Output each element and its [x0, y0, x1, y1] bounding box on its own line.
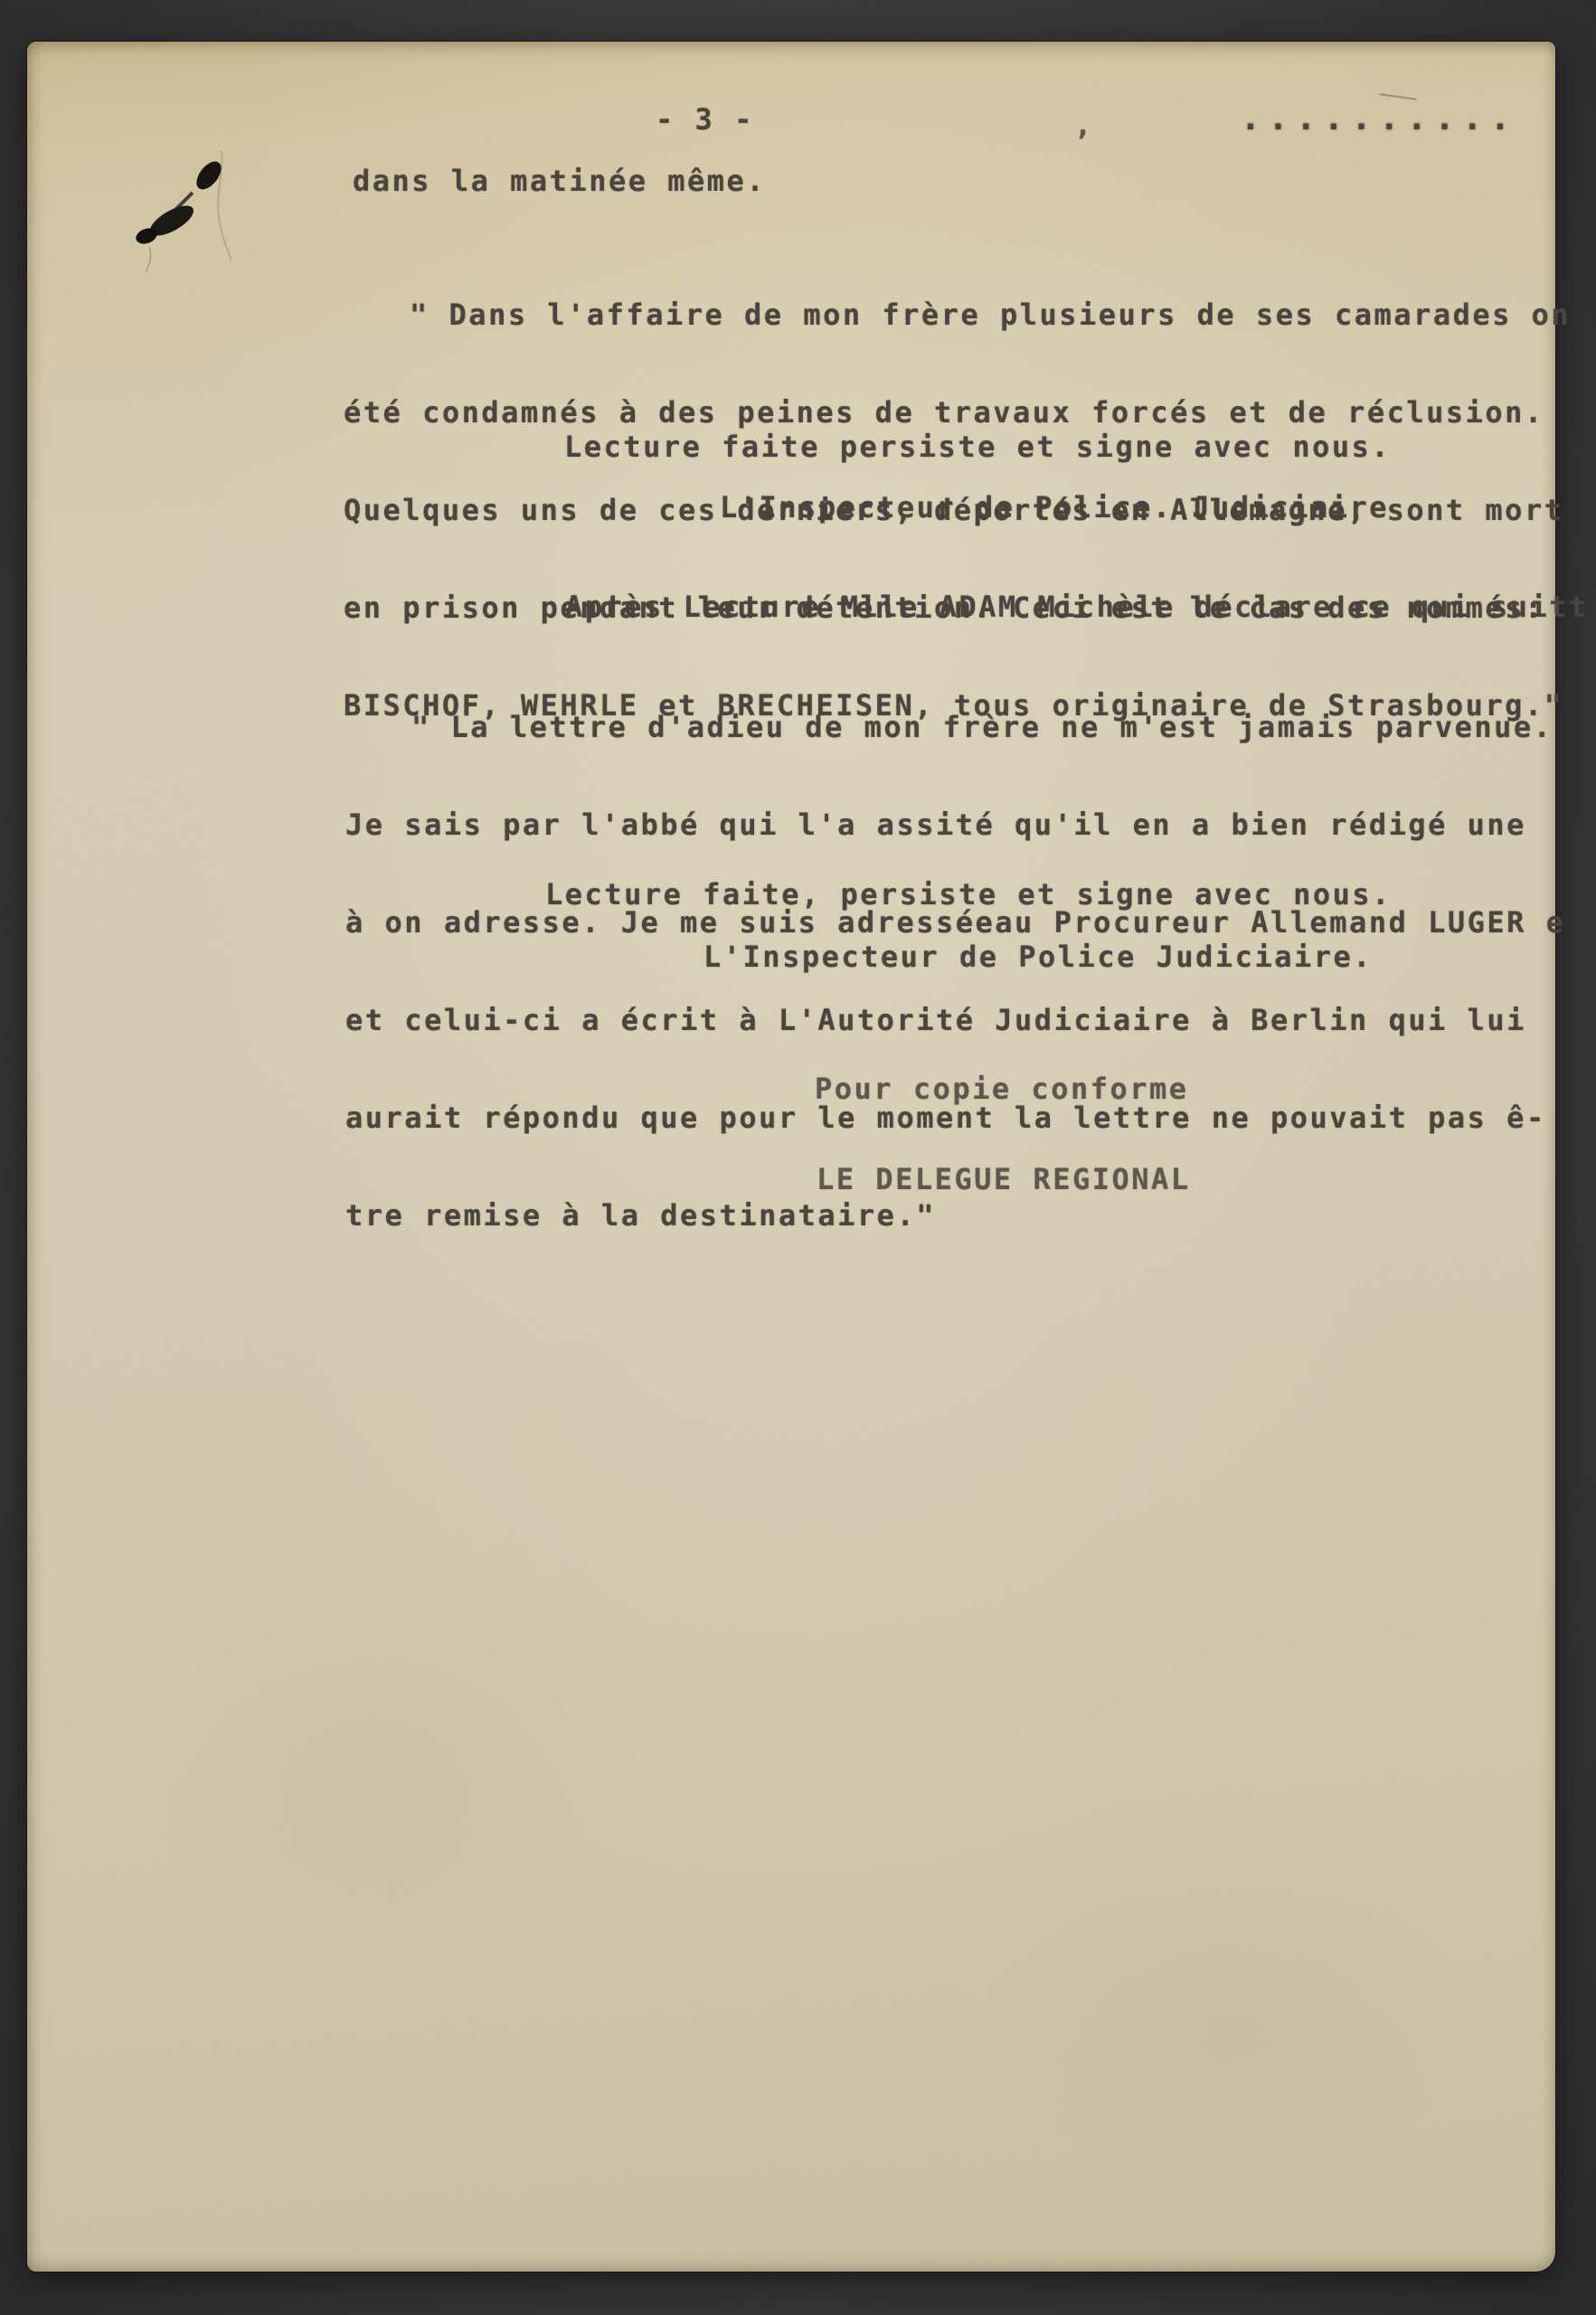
- signatory-title: LE DELEGUE REGIONAL: [817, 1163, 1191, 1195]
- stray-typed-mark: ,: [1074, 109, 1094, 141]
- attestation-line-1: Lecture faite persiste et signe avec nou…: [564, 430, 1391, 463]
- paper-stain: [136, 1579, 606, 1959]
- declaration-intro: Après Lecture Mlle ADAM Michèle déclare …: [565, 591, 1589, 623]
- header-dotted-line: ..........: [1241, 103, 1518, 136]
- attestation-line-2: Lecture faite, persiste et signe avec no…: [545, 878, 1392, 911]
- page-number: - 3 -: [656, 103, 754, 136]
- typed-line: été condamnés à des peines de travaux fo…: [344, 396, 1596, 429]
- typed-line: et celui-ci a écrit à L'Autorité Judicia…: [345, 1004, 1596, 1036]
- typed-line: tre remise à la destinataire.": [345, 1199, 1596, 1232]
- intro-line: dans la matinée même.: [353, 165, 766, 197]
- document-scan: - 3 - , .......... dans la matinée même.…: [0, 0, 1596, 2315]
- ink-blot-mark: [122, 146, 258, 290]
- signature-title-1: L'Inspecteur de Police. Judiciaire: [720, 491, 1389, 524]
- typed-line: aurait répondu que pour le moment la let…: [345, 1101, 1596, 1134]
- signature-title-2: L'Inspecteur de Police Judiciaire.: [704, 940, 1373, 973]
- paper-scratch: [1379, 93, 1417, 100]
- typed-line: " La lettre d'adieu de mon frère ne m'es…: [345, 711, 1596, 743]
- paper-stain: [977, 1850, 1483, 2194]
- scanned-page: - 3 - , .......... dans la matinée même.…: [27, 42, 1555, 2272]
- typed-line: Je sais par l'abbé qui l'a assité qu'il …: [345, 808, 1596, 841]
- certification-line: Pour copie conforme: [815, 1072, 1189, 1105]
- typed-line: " Dans l'affaire de mon frère plusieurs …: [344, 298, 1596, 331]
